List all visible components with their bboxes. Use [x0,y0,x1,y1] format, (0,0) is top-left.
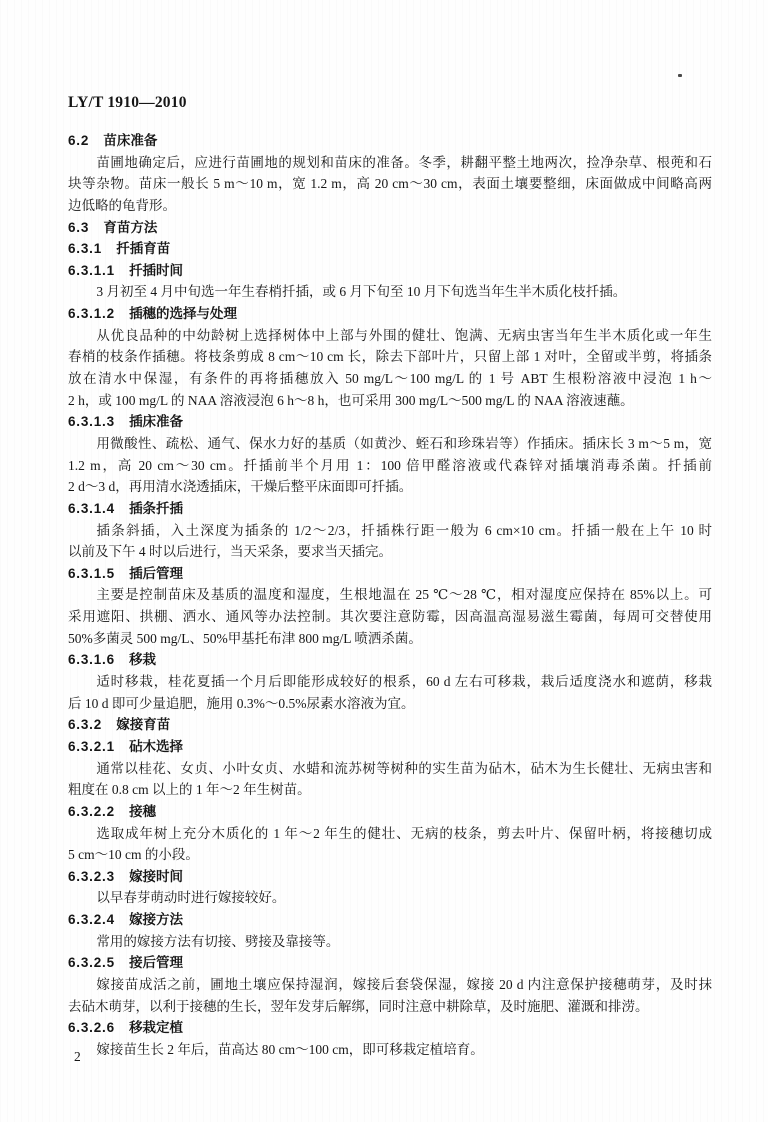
heading-title: 苗床准备 [103,133,157,148]
heading-number: 6.3 [68,220,89,235]
scan-speck-artifact [678,74,682,77]
heading-title: 接后管理 [129,955,183,970]
heading-number: 6.3.2.6 [68,1020,115,1035]
paragraph-line: 5 cm～10 cm 的小段。 [68,844,712,866]
heading-title: 砧木选择 [129,739,183,754]
heading-title: 嫁接方法 [129,912,183,927]
paragraph-line: 苗圃地确定后，应进行苗圃地的规划和苗床的准备。冬季，耕翻平整土地两次，捡净杂草、… [68,152,712,174]
heading-title: 移栽 [129,652,156,667]
heading-number: 6.2 [68,133,89,148]
section-heading: 6.3.2.4嫁接方法 [68,909,712,931]
heading-title: 接穗 [129,804,156,819]
paragraph-line: 通常以桂花、女贞、小叶女贞、水蜡和流苏树等树种的实生苗为砧木，砧木为生长健壮、无… [68,758,712,780]
heading-number: 6.3.2.2 [68,804,115,819]
heading-title: 移栽定植 [129,1020,183,1035]
section-heading: 6.3.2.3嫁接时间 [68,866,712,888]
paragraph-line: 2 h，或 100 mg/L 的 NAA 溶液浸泡 6 h～8 h，也可采用 3… [68,390,712,412]
paragraph-line: 选取成年树上充分木质化的 1 年～2 年生的健壮、无病的枝条，剪去叶片、保留叶柄… [68,823,712,845]
paragraph-line: 1.2 m，高 20 cm～30 cm。扦插前半个月用 1：100 倍甲醛溶液或… [68,455,712,477]
section-heading: 6.3.1扦插育苗 [68,238,712,260]
heading-title: 扦插育苗 [116,241,170,256]
paragraph-line: 主要是控制苗床及基质的温度和湿度，生根地温在 25 ℃～28 ℃，相对湿度应保持… [68,584,712,606]
document-page: LY/T 1910—2010 6.2苗床准备苗圃地确定后，应进行苗圃地的规划和苗… [0,0,768,1122]
heading-number: 6.3.1.2 [68,306,115,321]
document-body: 6.2苗床准备苗圃地确定后，应进行苗圃地的规划和苗床的准备。冬季，耕翻平整土地两… [68,130,712,1061]
paragraph-line: 2 d～3 d，再用清水浇透插床，干燥后整平床面即可扦插。 [68,476,712,498]
heading-number: 6.3.1.3 [68,414,115,429]
heading-number: 6.3.1 [68,241,102,256]
section-heading: 6.2苗床准备 [68,130,712,152]
paragraph-line: 从优良品种的中幼龄树上选择树体中上部与外围的健壮、饱满、无病虫害当年生半木质化或… [68,325,712,347]
section-heading: 6.3.2.6移栽定植 [68,1017,712,1039]
heading-number: 6.3.2.3 [68,869,115,884]
paragraph-line: 去砧木萌芽，以利于接穗的生长，翌年发芽后解绑，同时注意中耕除草，及时施肥、灌溉和… [68,996,712,1018]
heading-number: 6.3.2.5 [68,955,115,970]
page-number: 2 [74,1049,81,1065]
section-heading: 6.3.2嫁接育苗 [68,714,712,736]
heading-number: 6.3.2.4 [68,912,115,927]
heading-title: 嫁接育苗 [116,717,170,732]
section-heading: 6.3.1.1扦插时间 [68,260,712,282]
paragraph-line: 用微酸性、疏松、通气、保水力好的基质（如黄沙、蛭石和珍珠岩等）作插床。插床长 3… [68,433,712,455]
section-heading: 6.3.2.5接后管理 [68,952,712,974]
heading-number: 6.3.1.1 [68,263,115,278]
heading-title: 插后管理 [129,566,183,581]
paragraph-line: 采用遮阳、拱棚、洒水、通风等办法控制。其次要注意防霉，因高温高湿易滋生霉菌，每周… [68,606,712,628]
section-heading: 6.3.1.4插条扦插 [68,498,712,520]
paragraph-line: 春梢的枝条作插穗。将枝条剪成 8 cm～10 cm 长，除去下部叶片，只留上部 … [68,346,712,368]
paragraph-line: 常用的嫁接方法有切接、劈接及靠接等。 [68,931,712,953]
heading-title: 育苗方法 [103,220,157,235]
heading-number: 6.3.2.1 [68,739,115,754]
heading-title: 扦插时间 [129,263,183,278]
paragraph-line: 以早春芽萌动时进行嫁接较好。 [68,887,712,909]
paragraph-line: 50%多菌灵 500 mg/L、50%甲基托布津 800 mg/L 喷洒杀菌。 [68,628,712,650]
paragraph-line: 插条斜插，入土深度为插条的 1/2～2/3，扦插株行距一般为 6 cm×10 c… [68,520,712,542]
paragraph-line: 适时移栽，桂花夏插一个月后即能形成较好的根系，60 d 左右可移栽，栽后适度浇水… [68,671,712,693]
paragraph-line: 以前及下午 4 时以后进行，当天采条，要求当天插完。 [68,541,712,563]
section-heading: 6.3.1.3插床准备 [68,411,712,433]
paragraph-line: 粗度在 0.8 cm 以上的 1 年～2 年生树苗。 [68,779,712,801]
section-heading: 6.3.2.1砧木选择 [68,736,712,758]
paragraph-line: 3 月初至 4 月中旬选一年生春梢扦插，或 6 月下旬至 10 月下旬选当年生半… [68,281,712,303]
section-heading: 6.3.1.5插后管理 [68,563,712,585]
heading-title: 插床准备 [129,414,183,429]
paragraph-line: 后 10 d 即可少量追肥，施用 0.3%～0.5%尿素水溶液为宜。 [68,693,712,715]
standard-code: LY/T 1910—2010 [68,94,187,112]
section-heading: 6.3.2.2接穗 [68,801,712,823]
paragraph-line: 嫁接苗成活之前，圃地土壤应保持湿润，嫁接后套袋保湿，嫁接 20 d 内注意保护接… [68,974,712,996]
heading-title: 插条扦插 [129,501,183,516]
paragraph-line: 嫁接苗生长 2 年后，苗高达 80 cm～100 cm，即可移栽定植培育。 [68,1039,712,1061]
paragraph-line: 放在清水中保湿，有条件的再将插穗放入 50 mg/L～100 mg/L 的 1 … [68,368,712,390]
heading-number: 6.3.1.5 [68,566,115,581]
heading-title: 插穗的选择与处理 [129,306,237,321]
heading-title: 嫁接时间 [129,869,183,884]
section-heading: 6.3育苗方法 [68,217,712,239]
paragraph-line: 边低略的龟背形。 [68,195,712,217]
paragraph-line: 块等杂物。苗床一般长 5 m～10 m，宽 1.2 m，高 20 cm～30 c… [68,173,712,195]
section-heading: 6.3.1.2插穗的选择与处理 [68,303,712,325]
heading-number: 6.3.1.6 [68,652,115,667]
heading-number: 6.3.1.4 [68,501,115,516]
section-heading: 6.3.1.6移栽 [68,649,712,671]
heading-number: 6.3.2 [68,717,102,732]
